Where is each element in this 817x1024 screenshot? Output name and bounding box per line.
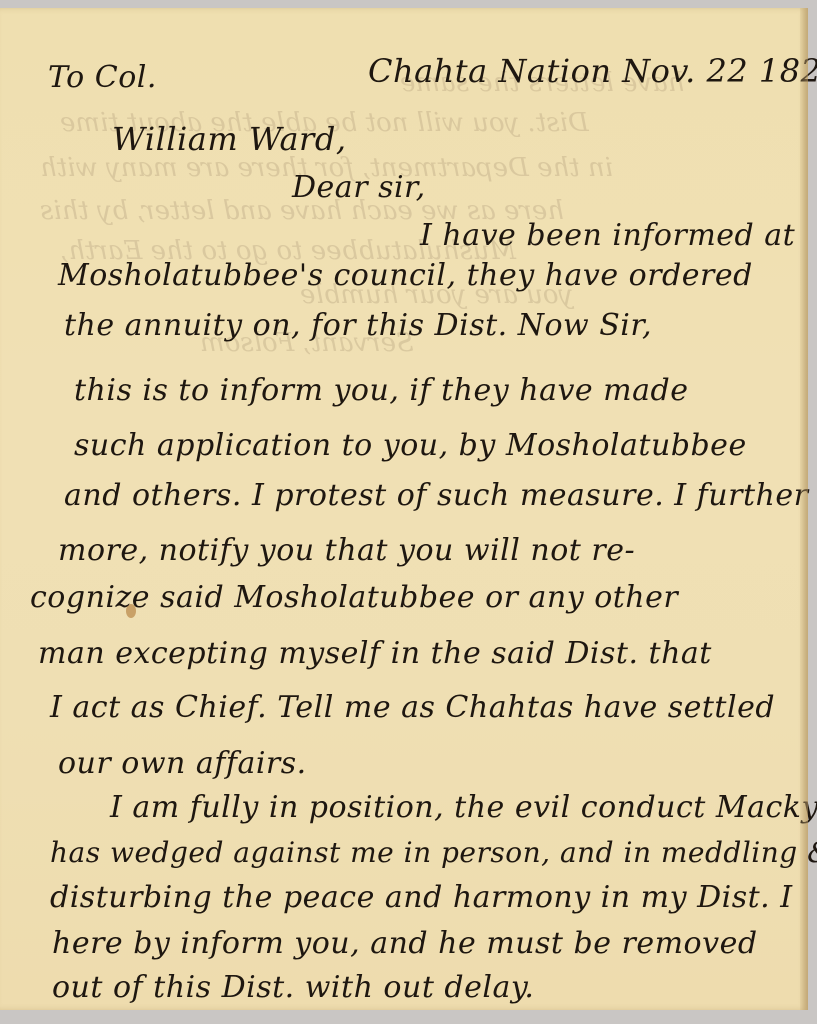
letter-line: Mosholatubbee's council, they have order… [58,258,753,293]
letter-line: such application to you, by Mosholatubbe… [74,428,747,463]
letter-page: have letters the same Dist. you will not… [0,8,808,1010]
letter-line: I have been informed at [420,218,795,253]
place-date: Chahta Nation Nov. 22 1829 [368,52,817,90]
letter-line: here by inform you, and he must be remov… [52,926,758,961]
letter-line: this is to inform you, if they have made [74,373,688,408]
salutation: Dear sir, [292,170,426,205]
letter-line: the annuity on, for this Dist. Now Sir, [64,308,652,343]
addressee: William Ward, [112,120,347,158]
letter-line: man excepting myself in the said Dist. t… [38,636,712,671]
letter-line: more, notify you that you will not re- [58,533,635,568]
letter-line: has wedged against me in person, and in … [50,836,817,869]
letter-line: cognize said Mosholatubbee or any other [30,580,678,615]
letter-line: I am fully in position, the evil conduct… [110,790,817,825]
letter-line: out of this Dist. with out delay. [52,970,534,1005]
letter-line: and others. I protest of such measure. I… [64,478,808,513]
letter-line: our own affairs. [58,746,307,781]
letter-line: disturbing the peace and harmony in my D… [50,880,793,915]
letter-line: I act as Chief. Tell me as Chahtas have … [50,690,775,725]
heading-left: To Col. [48,60,157,95]
